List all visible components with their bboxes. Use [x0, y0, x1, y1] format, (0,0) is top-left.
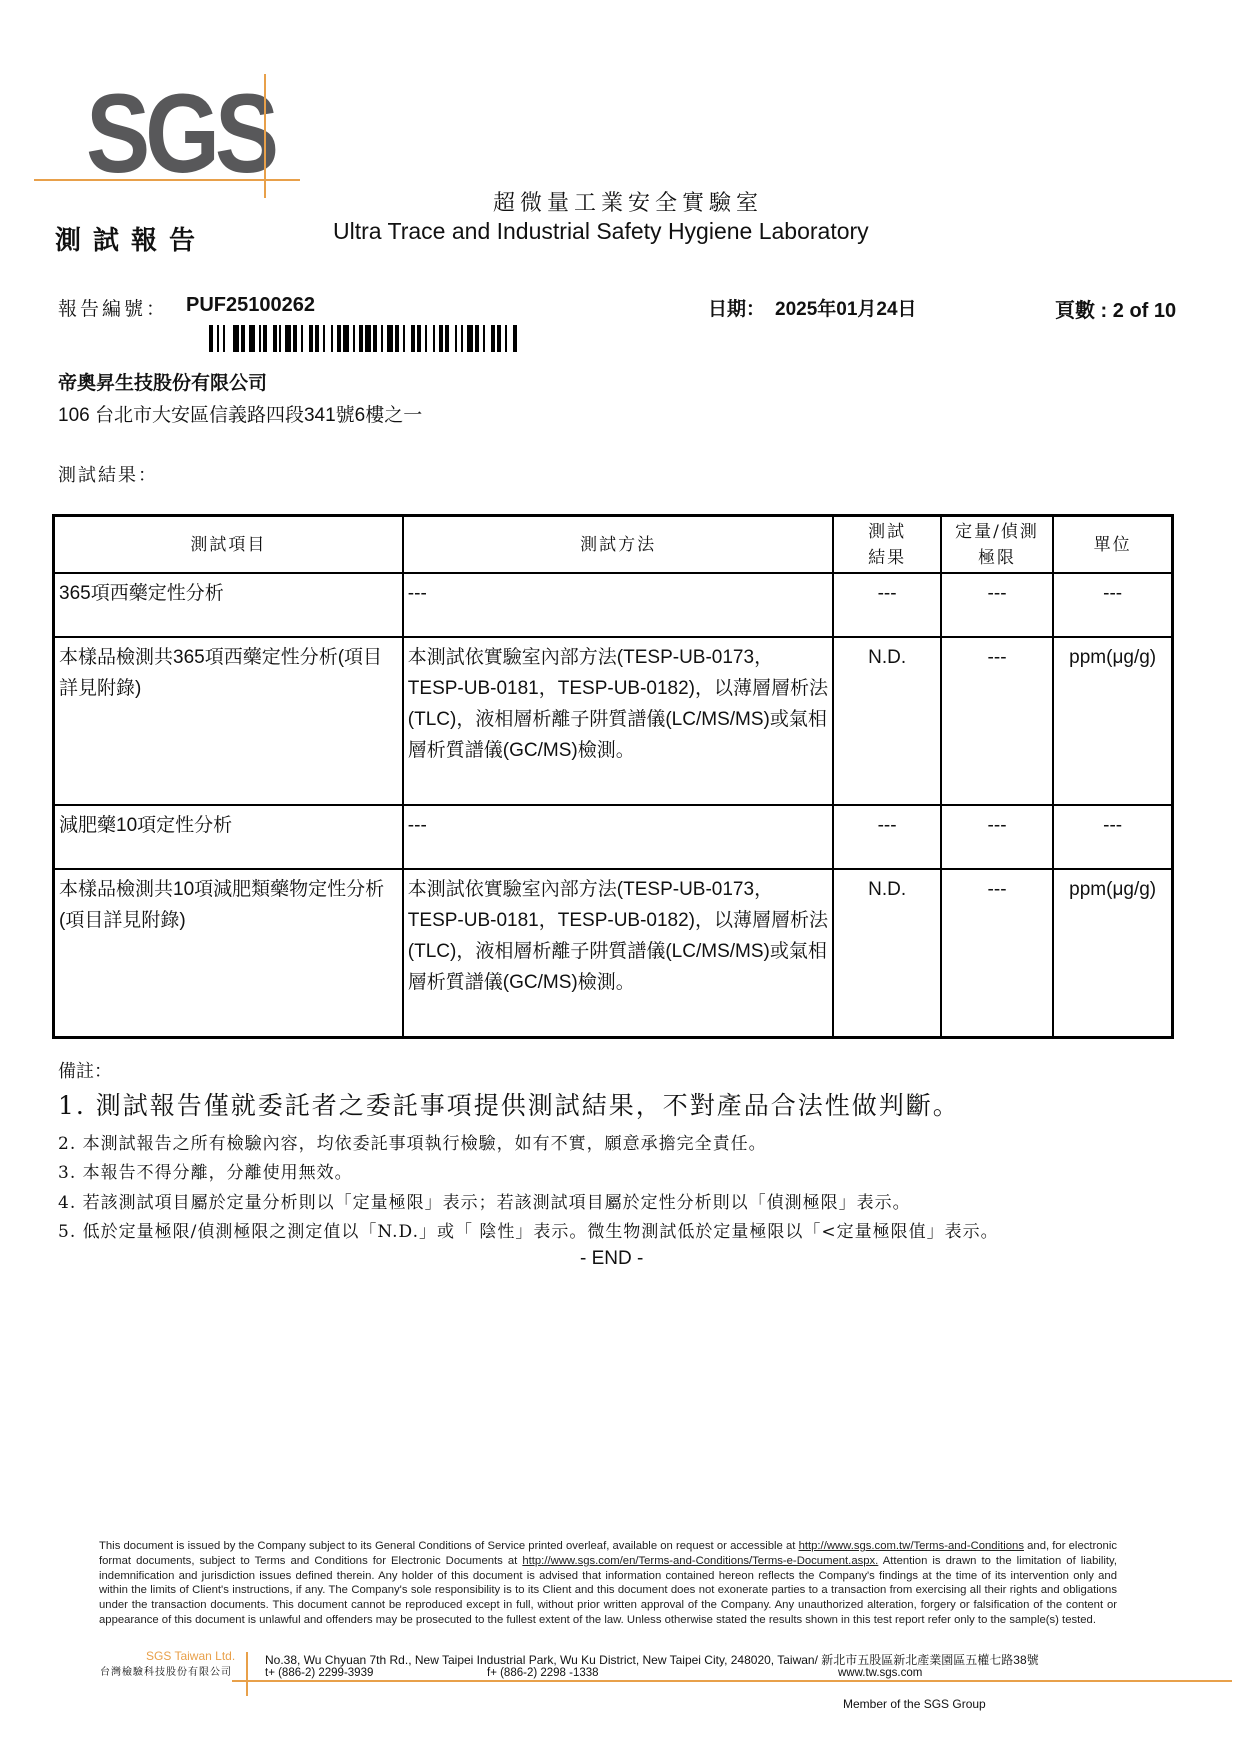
table-header-row: 測試項目 測試方法 測試 結果 定量/偵測 極限 單位	[54, 516, 1173, 574]
note-5: 5. 低於定量極限/偵測極限之測定值以「N.D.」或「 陰性」表示。微生物測試低…	[58, 1217, 999, 1242]
cell-item: 減肥藥10項定性分析	[54, 805, 403, 869]
cell-item: 本樣品檢測共365項西藥定性分析(項目詳見附錄)	[54, 637, 403, 805]
cell-result: ---	[833, 573, 940, 637]
footer-vertical-rule	[246, 1652, 248, 1696]
header-unit: 單位	[1053, 516, 1172, 574]
notes-label: 備註：	[58, 1057, 112, 1083]
results-label: 測試結果：	[58, 461, 158, 487]
cell-method: ---	[403, 805, 834, 869]
lab-name-en: Ultra Trace and Industrial Safety Hygien…	[333, 218, 869, 245]
report-date: 2025年01月24日	[775, 294, 917, 321]
date-label: 日期：	[708, 294, 765, 321]
report-barcode	[209, 325, 524, 352]
header-limit: 定量/偵測 極限	[941, 516, 1054, 574]
cell-method: ---	[403, 573, 834, 637]
note-3: 3. 本報告不得分離，分離使用無效。	[58, 1158, 353, 1183]
cell-unit: ppm(μg/g)	[1053, 637, 1172, 805]
logo-vertical-rule	[264, 74, 266, 198]
cell-unit: ---	[1053, 573, 1172, 637]
legal-disclaimer: This document is issued by the Company s…	[99, 1539, 1117, 1628]
table-row: 本樣品檢測共365項西藥定性分析(項目詳見附錄) 本測試依實驗室內部方法(TES…	[54, 637, 1173, 805]
client-address: 106 台北市大安區信義路四段341號6樓之一	[58, 400, 422, 427]
cell-item: 365項西藥定性分析	[54, 573, 403, 637]
cell-result: N.D.	[833, 869, 940, 1038]
table-row: 365項西藥定性分析 --- --- --- ---	[54, 573, 1173, 637]
table-row: 本樣品檢測共10項減肥類藥物定性分析(項目詳見附錄) 本測試依實驗室內部方法(T…	[54, 869, 1173, 1038]
terms-link[interactable]: http://www.sgs.com.tw/Terms-and-Conditio…	[799, 1540, 1024, 1552]
footer-address: No.38, Wu Chyuan 7th Rd., New Taipei Ind…	[265, 1651, 1039, 1668]
header-result: 測試 結果	[833, 516, 940, 574]
sgs-logo: SGS	[86, 78, 274, 190]
disclaimer-text: This document is issued by the Company s…	[99, 1540, 799, 1552]
cell-result: N.D.	[833, 637, 940, 805]
cell-limit: ---	[941, 637, 1054, 805]
footer-member: Member of the SGS Group	[843, 1697, 986, 1711]
cell-unit: ---	[1053, 805, 1172, 869]
e-document-terms-link[interactable]: http://www.sgs.com/en/Terms-and-Conditio…	[522, 1555, 878, 1567]
results-table: 測試項目 測試方法 測試 結果 定量/偵測 極限 單位 365項西藥定性分析 -…	[52, 514, 1174, 1039]
footer-company-zh: 台灣檢驗科技股份有限公司	[100, 1663, 232, 1678]
footer-website: www.tw.sgs.com	[838, 1667, 922, 1679]
report-number: PUF25100262	[186, 294, 315, 317]
end-marker: - END -	[580, 1248, 643, 1270]
cell-item: 本樣品檢測共10項減肥類藥物定性分析(項目詳見附錄)	[54, 869, 403, 1038]
page-number: 頁數 : 2 of 10	[1055, 294, 1176, 323]
cell-limit: ---	[941, 573, 1054, 637]
note-2: 2. 本測試報告之所有檢驗內容，均依委託事項執行檢驗，如有不實，願意承擔完全責任…	[58, 1129, 767, 1154]
footer-fax: f+ (886-2) 2298 -1338	[487, 1667, 599, 1679]
note-4: 4. 若該測試項目屬於定量分析則以「定量極限」表示；若該測試項目屬於定性分析則以…	[58, 1188, 911, 1213]
report-title: 測試報告	[55, 220, 207, 257]
footer-horizontal-rule	[232, 1680, 1232, 1682]
cell-unit: ppm(μg/g)	[1053, 869, 1172, 1038]
cell-result: ---	[833, 805, 940, 869]
client-name: 帝奧昇生技股份有限公司	[58, 368, 267, 395]
header-test-item: 測試項目	[54, 516, 403, 574]
logo-horizontal-rule	[34, 179, 300, 181]
report-number-label: 報告編號：	[58, 294, 168, 321]
cell-limit: ---	[941, 805, 1054, 869]
footer-telephone: t+ (886-2) 2299-3939	[265, 1667, 373, 1679]
lab-name-zh: 超微量工業安全實驗室	[493, 186, 763, 217]
note-1: 1. 測試報告僅就委託者之委託事項提供測試結果，不對產品合法性做判斷。	[58, 1086, 960, 1122]
cell-method: 本測試依實驗室內部方法(TESP-UB-0173，TESP-UB-0181，TE…	[403, 637, 834, 805]
footer-company-en: SGS Taiwan Ltd.	[146, 1649, 235, 1663]
header-test-method: 測試方法	[403, 516, 834, 574]
cell-limit: ---	[941, 869, 1054, 1038]
cell-method: 本測試依實驗室內部方法(TESP-UB-0173，TESP-UB-0181，TE…	[403, 869, 834, 1038]
table-row: 減肥藥10項定性分析 --- --- --- ---	[54, 805, 1173, 869]
